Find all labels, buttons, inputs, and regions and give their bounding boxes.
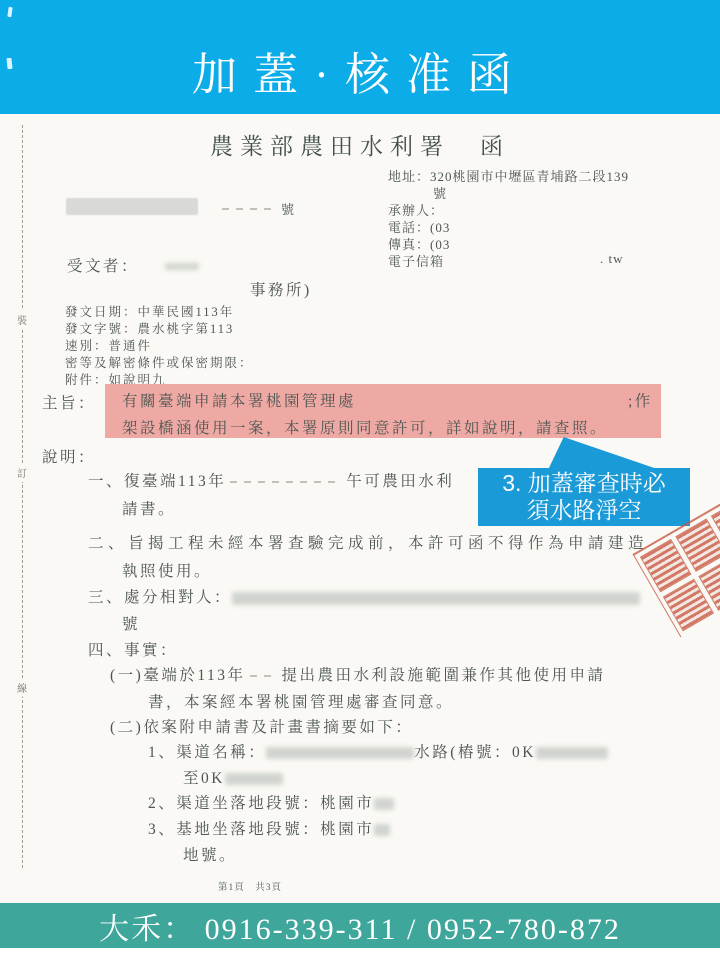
email-label: 電子信箱 (388, 251, 444, 270)
redacted-lot (374, 824, 390, 836)
ref-number-suffix: 號 (281, 199, 295, 218)
sub2-text: 依案附申請書及計畫書摘要如下： (143, 719, 413, 736)
sub2-1-label: 渠道名稱： (176, 744, 266, 761)
meta-secrecy: 密等及解密條件或保密期限： (65, 353, 254, 371)
sub2-2-num: 2、 (148, 795, 176, 812)
sub2-1-line2-text: 至0K (183, 770, 225, 787)
sub1-line1: (一)臺端於113年提出農田水利設施範圍兼作其他使用申請 (110, 663, 606, 685)
address-line1: 地址：320桃園市中壢區青埔路二段139 (388, 166, 629, 185)
subject-line2: 架設橋涵使用一案，本署原則同意許可，詳如說明，請查照。 (122, 416, 608, 438)
meta-date: 發文日期：中華民國113年 (65, 302, 234, 320)
email-suffix: . tw (600, 251, 624, 267)
redacted-stake-number (225, 773, 283, 785)
item4-label: 事實： (124, 642, 178, 659)
recipient-office: 事務所) (250, 278, 312, 300)
item1-num: 一、 (88, 473, 124, 490)
binding-mark-ding: 訂 (15, 463, 29, 482)
redacted-recipient (165, 263, 199, 270)
item2-num: 二、 (88, 535, 128, 552)
item1-text: 復臺端113年 (124, 473, 226, 490)
subject-line1: 有關臺端申請本署桃園管理處 (122, 389, 356, 411)
sub2-3-text: 基地坐落地段號：桃園市 (176, 821, 374, 838)
sub2-line: (二)依案附申請書及計畫書摘要如下： (110, 715, 413, 737)
footer-banner: 大禾： 0916-339-311 / 0952-780-872 (0, 903, 720, 948)
sub2-1-line2: 至0K (183, 766, 283, 788)
banner-title: 加蓋·核准函 (0, 38, 720, 103)
item3-num: 三、 (88, 589, 124, 606)
item1-tail: 午可農田水利 (346, 473, 454, 490)
recipient-label: 受文者： (67, 254, 139, 276)
meta-speed: 速別：普通件 (65, 336, 152, 354)
sub1-tail: 提出農田水利設施範圍兼作其他使用申請 (282, 667, 606, 684)
page-number: 第1頁 共3頁 (218, 879, 282, 893)
redacted-party (232, 592, 640, 605)
footer-contact-text: 大禾： 0916-339-311 / 0952-780-872 (99, 904, 621, 948)
sub2-3-line2: 地號。 (183, 843, 237, 865)
binding-dashed-line (22, 125, 23, 868)
subject-line1-end: ;作 (628, 389, 653, 411)
meta-refcode: 發文字號：農水桃字第113 (65, 319, 234, 337)
redacted-lot (374, 798, 394, 810)
doc-title: 農業部農田水利署 函 (0, 128, 720, 161)
item1-line2: 請書。 (122, 497, 176, 519)
sub2-1-mid: 水路(樁號：0K (414, 744, 536, 761)
callout-line2: 須水路淨空 (527, 497, 642, 524)
redacted-ref-dashes (222, 208, 277, 210)
subject-label: 主旨： (42, 391, 96, 413)
sub2-2-text: 渠道坐落地段號：桃園市 (176, 795, 374, 812)
sub2-1-line1: 1、渠道名稱：水路(樁號：0K (148, 740, 608, 762)
item3-line1: 三、處分相對人： (88, 585, 640, 607)
redacted-channel-name (266, 747, 414, 759)
item4-num: 四、 (88, 642, 124, 659)
item2-text: 旨揭工程未經本署查驗完成前，本許可函不得作為申請建造 (128, 535, 648, 552)
item3-line2: 號 (122, 612, 140, 634)
sub2-3-line1: 3、基地坐落地段號：桃園市 (148, 817, 390, 839)
redacted-stake-number (536, 747, 608, 759)
callout-line1: 3. 加蓋審查時必 (502, 470, 666, 497)
explanation-label: 說明： (42, 445, 96, 467)
redacted-dashes (250, 675, 278, 677)
sub2-3-num: 3、 (148, 821, 176, 838)
item2-line1: 二、旨揭工程未經本署查驗完成前，本許可函不得作為申請建造 (88, 531, 648, 553)
redacted-ref-number (66, 198, 198, 215)
sub1-line2: 書，本案經本署桃園管理處審查同意。 (148, 690, 454, 712)
item4-line: 四、事實： (88, 638, 178, 660)
item1-line1: 一、復臺端113年午可農田水利 (88, 469, 454, 491)
item3-label: 處分相對人： (124, 589, 232, 606)
annotation-callout: 3. 加蓋審查時必 須水路淨空 (478, 468, 690, 526)
sub2-1-num: 1、 (148, 744, 176, 761)
sub2-2-line: 2、渠道坐落地段號：桃園市 (148, 791, 394, 813)
sub1-text: 臺端於113年 (143, 667, 245, 684)
sub1-num: (一) (110, 667, 143, 684)
binding-mark-zhuang: 裝 (15, 310, 29, 329)
scan-artifact (7, 7, 12, 17)
redacted-dashes (230, 481, 342, 483)
sub2-num: (二) (110, 719, 143, 736)
item2-line2: 執照使用。 (122, 559, 212, 581)
binding-mark-xian: 線 (15, 678, 29, 697)
